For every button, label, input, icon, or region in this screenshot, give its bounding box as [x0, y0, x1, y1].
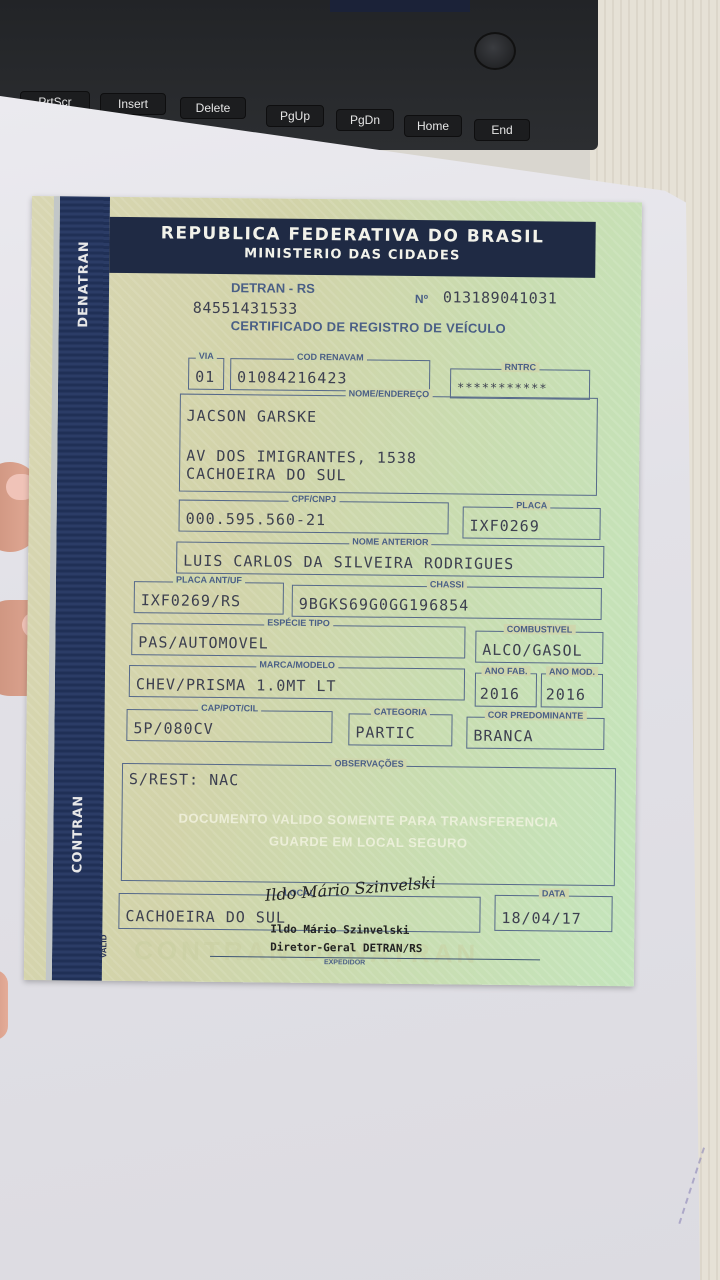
- field-label: NOME/ENDEREÇO: [346, 388, 433, 399]
- field-label: ANO FAB.: [481, 666, 530, 677]
- doc-number: 013189041031: [443, 288, 558, 307]
- field-value: 18/04/17: [501, 909, 581, 928]
- field-ano-fab: ANO FAB. 2016: [475, 673, 537, 708]
- field-ano-mod: ANO MOD. 2016: [541, 673, 603, 708]
- field-label: CHASSI: [427, 579, 467, 589]
- watermark-line2: GUARDE EM LOCAL SEGURO: [122, 832, 614, 852]
- field-value: IXF0269/RS: [141, 591, 241, 610]
- vehicle-registration-certificate: DENATRAN CONTRAN VALID REPUBLICA FEDERAT…: [24, 196, 642, 986]
- field-observacoes: OBSERVAÇÕES S/REST: NAC DOCUMENTO VALIDO…: [121, 763, 616, 886]
- header-subtitle: MINISTERIO DAS CIDADES: [109, 245, 595, 265]
- field-label: PLACA: [513, 500, 550, 510]
- header-title: REPUBLICA FEDERATIVA DO BRASIL: [110, 223, 596, 248]
- field-label: VIA: [196, 351, 217, 361]
- valid-mark: VALID: [99, 935, 108, 958]
- field-value: 01084216423: [237, 368, 348, 387]
- sequence-number: 84551431533: [193, 299, 298, 318]
- field-value: PARTIC: [355, 723, 415, 742]
- field-value: 000.595.560-21: [186, 510, 327, 529]
- field-value: PAS/AUTOMOVEL: [138, 633, 269, 652]
- field-label: PLACA ANT/UF: [173, 574, 245, 585]
- field-via: VIA 01: [188, 358, 224, 390]
- key-home: Home: [404, 115, 462, 137]
- field-value: ALCO/GASOL: [482, 641, 582, 660]
- band-label-contran: CONTRAN: [70, 795, 86, 873]
- owner-name: JACSON GARSKE: [187, 407, 318, 426]
- finger: [0, 970, 8, 1040]
- field-rntrc: RNTRC ***********: [450, 368, 590, 399]
- field-label: DATA: [539, 888, 569, 898]
- document-header: REPUBLICA FEDERATIVA DO BRASIL MINISTERI…: [109, 217, 596, 278]
- field-value: S/REST: NAC: [129, 770, 240, 789]
- field-label: COMBUSTIVEL: [504, 624, 576, 635]
- security-side-band: DENATRAN CONTRAN: [46, 196, 110, 981]
- field-cor-predominante: COR PREDOMINANTE BRANCA: [466, 717, 604, 750]
- field-value: IXF0269: [469, 517, 539, 536]
- field-label: RNTRC: [501, 362, 539, 372]
- field-cpf-cnpj: CPF/CNPJ 000.595.560-21: [178, 500, 448, 535]
- field-nome-anterior: NOME ANTERIOR LUIS CARLOS DA SILVEIRA RO…: [176, 542, 604, 578]
- owner-address-line2: CACHOEIRA DO SUL: [186, 465, 347, 485]
- owner-address-line1: AV DOS IMIGRANTES, 1538: [186, 447, 417, 467]
- field-data: DATA 18/04/17: [494, 895, 612, 932]
- field-marca-modelo: MARCA/MODELO CHEV/PRISMA 1.0MT LT: [129, 665, 465, 701]
- field-label: OBSERVAÇÕES: [331, 758, 406, 769]
- issuer-label: DETRAN - RS: [231, 280, 315, 296]
- certificate-title: CERTIFICADO DE REGISTRO DE VEÍCULO: [231, 318, 506, 336]
- field-label: ANO MOD.: [546, 666, 598, 677]
- field-value: 9BGKS69G0GG196854: [299, 595, 470, 615]
- field-value: 5P/080CV: [133, 719, 213, 738]
- field-nome-endereco: NOME/ENDEREÇO JACSON GARSKE AV DOS IMIGR…: [179, 394, 598, 496]
- field-value: LUIS CARLOS DA SILVEIRA RODRIGUES: [183, 552, 514, 573]
- field-label: ESPÉCIE TIPO: [264, 617, 333, 628]
- field-value: CACHOEIRA DO SUL: [125, 907, 286, 927]
- field-categoria: CATEGORIA PARTIC: [348, 713, 452, 746]
- power-button-icon: [474, 32, 516, 70]
- field-especie-tipo: ESPÉCIE TIPO PAS/AUTOMOVEL: [131, 623, 465, 658]
- field-placa: PLACA IXF0269: [462, 507, 600, 540]
- key-pgup: PgUp: [266, 105, 324, 127]
- field-chassi: CHASSI 9BGKS69G0GG196854: [292, 585, 602, 620]
- field-combustivel: COMBUSTIVEL ALCO/GASOL: [475, 631, 603, 664]
- laptop-screen-edge: [330, 0, 470, 12]
- field-label: CAP/POT/CIL: [198, 703, 261, 714]
- field-label: COR PREDOMINANTE: [485, 710, 587, 721]
- field-value: 01: [195, 368, 215, 386]
- signatory-title: Diretor-Geral DETRAN/RS: [270, 941, 422, 956]
- watermark-line1: DOCUMENTO VALIDO SOMENTE PARA TRANSFEREN…: [122, 810, 614, 830]
- field-cap-pot-cil: CAP/POT/CIL 5P/080CV: [126, 709, 332, 743]
- field-label: COD RENAVAM: [294, 352, 367, 363]
- key-delete: Delete: [180, 97, 246, 119]
- field-value: 2016: [546, 685, 586, 703]
- band-label-denatran: DENATRAN: [76, 240, 92, 328]
- field-value: BRANCA: [473, 727, 533, 746]
- field-placa-anterior: PLACA ANT/UF IXF0269/RS: [134, 581, 284, 615]
- field-value: ***********: [457, 380, 548, 395]
- field-value: CHEV/PRISMA 1.0MT LT: [136, 675, 337, 695]
- field-label: NOME ANTERIOR: [349, 536, 431, 547]
- field-renavam: COD RENAVAM 01084216423: [230, 358, 430, 392]
- key-end: End: [474, 119, 530, 141]
- expedidor-label: EXPEDIDOR: [324, 959, 365, 966]
- field-label: MARCA/MODELO: [256, 659, 338, 670]
- signatory-name: Ildo Mário Szinvelski: [270, 923, 409, 937]
- field-label: CATEGORIA: [371, 707, 430, 718]
- doc-number-label: Nº: [415, 292, 428, 306]
- field-value: 2016: [480, 685, 520, 703]
- key-pgdn: PgDn: [336, 109, 394, 131]
- field-label: CPF/CNPJ: [289, 494, 340, 505]
